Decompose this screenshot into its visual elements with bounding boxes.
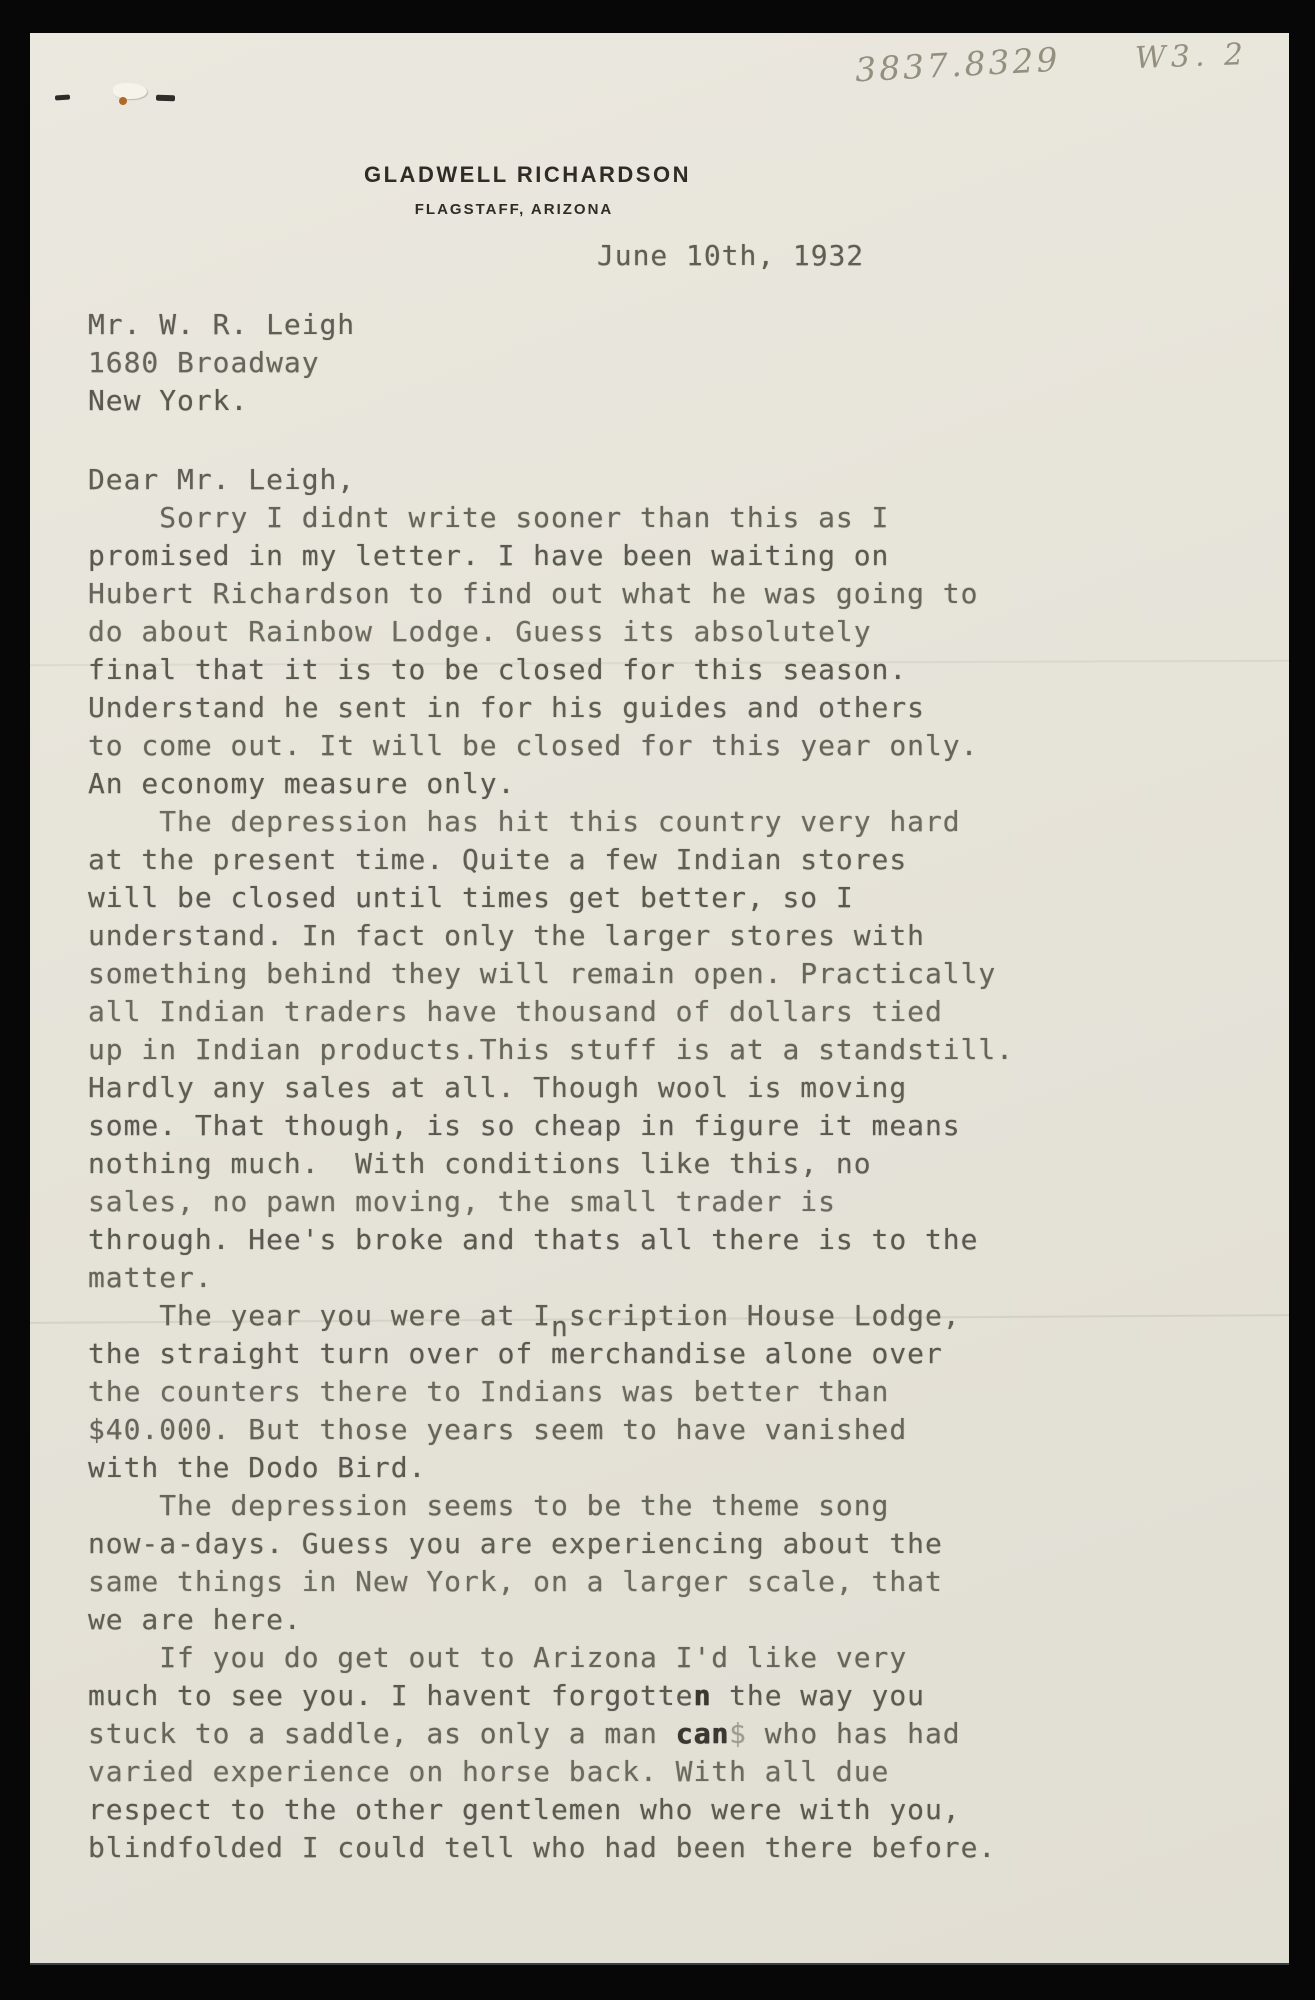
typed-line: $40.000. But those years seem to have va…: [88, 1411, 1014, 1449]
typed-line: much to see you. I havent forgotten the …: [88, 1677, 1014, 1715]
ink-smudge-mark: [156, 95, 175, 102]
typed-line: same things in New York, on a larger sca…: [88, 1563, 1014, 1601]
typed-line: varied experience on horse back. With al…: [88, 1753, 1014, 1791]
typed-line: some. That though, is so cheap in figure…: [88, 1107, 1014, 1145]
typed-line: Hubert Richardson to find out what he wa…: [88, 575, 1014, 613]
typed-line: Sorry I didnt write sooner than this as …: [88, 499, 1014, 537]
typed-segment: $: [729, 1717, 747, 1750]
typed-segment: who has had: [747, 1717, 961, 1750]
letterhead-name: GLADWELL RICHARDSON: [364, 162, 664, 188]
typed-line: 1680 Broadway: [88, 344, 355, 382]
typed-line: Hardly any sales at all. Though wool is …: [88, 1069, 1014, 1107]
typed-line: blindfolded I could tell who had been th…: [88, 1829, 1014, 1867]
typed-line: to come out. It will be closed for this …: [88, 727, 1014, 765]
typed-line: with the Dodo Bird.: [88, 1449, 1014, 1487]
scan-background: 3837.8329 W3. 2 GLADWELL RICHARDSON FLAG…: [0, 0, 1315, 2000]
typed-line: sales, no pawn moving, the small trader …: [88, 1183, 1014, 1221]
typed-segment: n: [551, 1308, 569, 1346]
typed-line: understand. In fact only the larger stor…: [88, 917, 1014, 955]
typed-line: something behind they will remain open. …: [88, 955, 1014, 993]
typed-segment: the way you: [711, 1679, 925, 1712]
typed-line: at the present time. Quite a few Indian …: [88, 841, 1014, 879]
typed-line: The depression has hit this country very…: [88, 803, 1014, 841]
pencil-catalog-number: 3837.8329: [854, 40, 1061, 90]
typed-line: respect to the other gentlemen who were …: [88, 1791, 1014, 1829]
letter-paper: 3837.8329 W3. 2 GLADWELL RICHARDSON FLAG…: [30, 33, 1289, 1963]
ink-smudge-mark: [55, 94, 70, 100]
pencil-code-annotation: W3. 2: [1134, 37, 1248, 76]
typed-segment: The year you were at I: [88, 1299, 551, 1332]
typed-line: now-a-days. Guess you are experiencing a…: [88, 1525, 1014, 1563]
typed-segment: stuck to a saddle, as only a man: [88, 1717, 676, 1750]
typed-line: all Indian traders have thousand of doll…: [88, 993, 1014, 1031]
typed-segment: can: [676, 1717, 729, 1750]
typed-line: The depression seems to be the theme son…: [88, 1487, 1014, 1525]
typed-line: through. Hee's broke and thats all there…: [88, 1221, 1014, 1259]
paper-tear-mark: [113, 83, 147, 99]
typed-line: An economy measure only.: [88, 765, 1014, 803]
typed-line: stuck to a saddle, as only a man can$ wh…: [88, 1715, 1014, 1753]
typed-line: promised in my letter. I have been waiti…: [88, 537, 1014, 575]
typed-line: we are here.: [88, 1601, 1014, 1639]
typed-line: up in Indian products.This stuff is at a…: [88, 1031, 1014, 1069]
typed-line: the counters there to Indians was better…: [88, 1373, 1014, 1411]
typed-line: do about Rainbow Lodge. Guess its absolu…: [88, 613, 1014, 651]
date-line: June 10th, 1932: [597, 237, 864, 275]
typed-line: Understand he sent in for his guides and…: [88, 689, 1014, 727]
typed-line: New York.: [88, 382, 355, 420]
letterhead-location: FLAGSTAFF, ARIZONA: [364, 201, 664, 218]
typed-line: matter.: [88, 1259, 1014, 1297]
typed-line: Mr. W. R. Leigh: [88, 306, 355, 344]
letter-body: Dear Mr. Leigh, Sorry I didnt write soon…: [88, 461, 1014, 1867]
recipient-address: Mr. W. R. Leigh1680 BroadwayNew York.: [88, 306, 355, 420]
typed-segment: scription House Lodge,: [569, 1299, 961, 1332]
rust-speck: [119, 97, 127, 105]
typed-line: Dear Mr. Leigh,: [88, 461, 1014, 499]
typed-line: If you do get out to Arizona I'd like ve…: [88, 1639, 1014, 1677]
typed-line: will be closed until times get better, s…: [88, 879, 1014, 917]
typed-segment: much to see you. I havent forgotte: [88, 1679, 693, 1712]
typed-line: nothing much. With conditions like this,…: [88, 1145, 1014, 1183]
typed-line: final that it is to be closed for this s…: [88, 651, 1014, 689]
typed-segment: n: [693, 1679, 711, 1712]
